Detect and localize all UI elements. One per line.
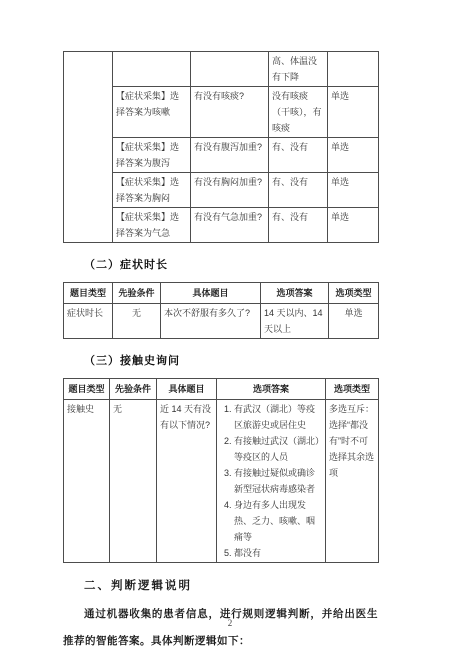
symptom-collection-table: 高、体温没有下降 【症状采集】选择答案为咳嗽 有没有咳痰? 没有咳痰（干咳），有… (63, 51, 379, 243)
table-row: 接触史 无 近 14 天有没有以下情况? 有武汉（湖北）等疫区旅游史或居住史 有… (64, 400, 379, 563)
cell-option-type: 单选 (328, 87, 379, 138)
table-header-row: 题目类型 先验条件 具体题目 选项答案 选项类型 (64, 379, 379, 400)
cell-option-type: 单选 (328, 208, 379, 243)
page-number: 2 (0, 618, 460, 628)
document-page: 高、体温没有下降 【症状采集】选择答案为咳嗽 有没有咳痰? 没有咳痰（干咳），有… (0, 0, 460, 657)
column-header: 先验条件 (110, 379, 157, 400)
cell-topic-continued (64, 52, 113, 243)
cell-topic: 症状时长 (64, 304, 113, 339)
column-header: 题目类型 (64, 379, 110, 400)
cell-answers: 有、没有 (269, 173, 328, 208)
answer-item: 身边有多人出现发热、乏力、咳嗽、咽痛等 (234, 497, 322, 545)
cell-question (191, 52, 269, 87)
cell-precondition: 【症状采集】选择答案为气急 (113, 208, 191, 243)
table-header-row: 题目类型 先验条件 具体题目 选项答案 选项类型 (64, 283, 379, 304)
cell-precondition (113, 52, 191, 87)
cell-option-type: 单选 (329, 304, 379, 339)
section-heading-contact-history: （三）接触史询问 (84, 352, 378, 368)
column-header: 具体题目 (157, 379, 217, 400)
section-heading-symptom-duration: （二）症状时长 (84, 256, 378, 272)
cell-question: 有没有气急加重? (191, 208, 269, 243)
column-header: 先验条件 (113, 283, 161, 304)
table-row: 症状时长 无 本次不舒服有多久了? 14 天以内、14 天以上 单选 (64, 304, 379, 339)
column-header: 具体题目 (161, 283, 261, 304)
cell-answers: 没有咳痰（干咳），有咳痰 (269, 87, 328, 138)
column-header: 题目类型 (64, 283, 113, 304)
cell-option-type (328, 52, 379, 87)
cell-answers: 有武汉（湖北）等疫区旅游史或居住史 有接触过武汉（湖北）等疫区的人员 有接触过疑… (217, 400, 326, 563)
cell-question: 有没有咳痰? (191, 87, 269, 138)
answer-item: 都没有 (234, 545, 322, 561)
page-content: 高、体温没有下降 【症状采集】选择答案为咳嗽 有没有咳痰? 没有咳痰（干咳），有… (63, 0, 378, 655)
column-header: 选项类型 (326, 379, 379, 400)
cell-precondition: 【症状采集】选择答案为胸闷 (113, 173, 191, 208)
cell-option-type: 单选 (328, 173, 379, 208)
cell-precondition: 【症状采集】选择答案为腹泻 (113, 138, 191, 173)
cell-topic: 接触史 (64, 400, 110, 563)
cell-answers: 有、没有 (269, 138, 328, 173)
answers-list: 有武汉（湖北）等疫区旅游史或居住史 有接触过武汉（湖北）等疫区的人员 有接触过疑… (220, 401, 322, 561)
column-header: 选项类型 (329, 283, 379, 304)
cell-option-type: 单选 (328, 138, 379, 173)
cell-precondition: 【症状采集】选择答案为咳嗽 (113, 87, 191, 138)
cell-question: 近 14 天有没有以下情况? (157, 400, 217, 563)
column-header: 选项答案 (217, 379, 326, 400)
cell-option-type: 多选互斥：选择“都没有”时不可选择其余选项 (326, 400, 379, 563)
logic-section-paragraph: 通过机器收集的患者信息，进行规则逻辑判断，并给出医生推荐的智能答案。具体判断逻辑… (63, 601, 378, 655)
logic-section-heading: 二、判断逻辑说明 (84, 577, 378, 593)
cell-answers: 有、没有 (269, 208, 328, 243)
cell-question: 本次不舒服有多久了? (161, 304, 261, 339)
table-row: 高、体温没有下降 (64, 52, 379, 87)
cell-question: 有没有胸闷加重? (191, 173, 269, 208)
column-header: 选项答案 (261, 283, 329, 304)
contact-history-table: 题目类型 先验条件 具体题目 选项答案 选项类型 接触史 无 近 14 天有没有… (63, 378, 379, 563)
answer-item: 有武汉（湖北）等疫区旅游史或居住史 (234, 401, 322, 433)
answer-item: 有接触过疑似或确诊新型冠状病毒感染者 (234, 465, 322, 497)
cell-precondition: 无 (110, 400, 157, 563)
answer-item: 有接触过武汉（湖北）等疫区的人员 (234, 433, 322, 465)
cell-precondition: 无 (113, 304, 161, 339)
cell-question: 有没有腹泻加重? (191, 138, 269, 173)
cell-answers: 14 天以内、14 天以上 (261, 304, 329, 339)
symptom-duration-table: 题目类型 先验条件 具体题目 选项答案 选项类型 症状时长 无 本次不舒服有多久… (63, 282, 379, 339)
cell-answers: 高、体温没有下降 (269, 52, 328, 87)
